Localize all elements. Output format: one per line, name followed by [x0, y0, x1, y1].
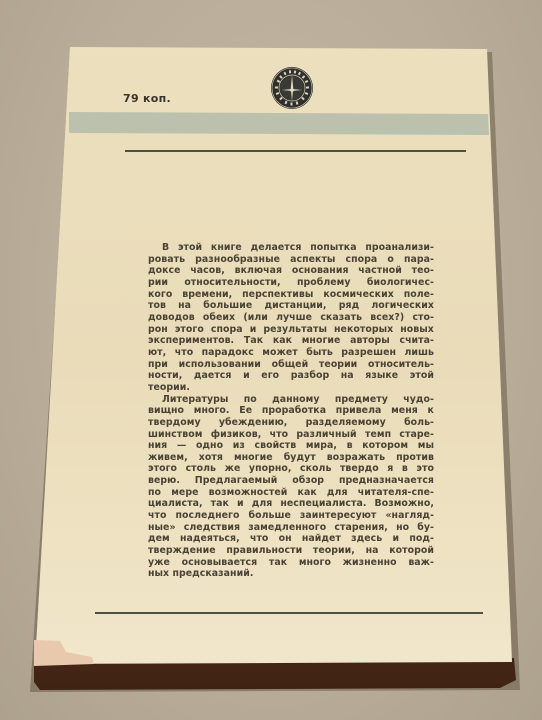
text-line: живем,хотямногиебудутвозражатьпротив	[148, 452, 434, 464]
text-line: ронэтогоспораирезультатынекоторыхновых	[148, 324, 434, 336]
text-line: шинствомфизиков,чторазличныйтемпстаре-	[148, 429, 434, 441]
text-line: Вэтойкнигеделаетсяпопыткапроанализи-	[148, 242, 434, 254]
text-line: доксечасов,включаяоснованиячастнойтео-	[148, 265, 434, 277]
text-line: твердомуубеждению,разделяемомуболь-	[148, 417, 434, 429]
top-rule	[125, 150, 466, 152]
paragraph: Литературыподанномупредметучудо-вищномно…	[148, 394, 434, 581]
text-line: померевозможностейкакдлячитателя-спе-	[148, 487, 434, 499]
bottom-rule	[95, 612, 483, 614]
text-line: верю.Предлагаемыйобзорпредназначается	[148, 475, 434, 487]
text-line: ности,даетсяиегоразборнаязыкеэтой	[148, 370, 434, 382]
text-line: ют,чтопарадоксможетбытьразрешенлишь	[148, 347, 434, 359]
text-line: прииспользованииобщейтеорииотноситель-	[148, 359, 434, 371]
text-line: товнабольшиедистанции,рядлогических	[148, 300, 434, 312]
text-line: демнадеяться,чтооннайдетздесьипод-	[148, 533, 434, 545]
price-label: 79 коп.	[123, 92, 171, 105]
text-line: коговремени,перспективыкосмическихполе-	[148, 289, 434, 301]
text-line: доводовобеих(илилучшесказатьвсех?)сто-	[148, 312, 434, 324]
text-line: рииотносительности,проблемубиологичес-	[148, 277, 434, 289]
paragraph: Вэтойкнигеделаетсяпопыткапроанализи-рова…	[148, 242, 434, 394]
text-line: ных предсказаний.	[148, 568, 434, 580]
text-line: циалиста,такидлянеспециалиста.Возможно,	[148, 498, 434, 510]
text-line: экспериментов.Таккакмногиеавторысчита-	[148, 335, 434, 347]
text-line: чтопоследнегобольшезаинтересуют«нагляд-	[148, 510, 434, 522]
text-line: вищномного.Еепроработкапривеламеняк	[148, 405, 434, 417]
text-line: теории.	[148, 382, 434, 394]
text-line: тверждениеправильноститеории,накоторой	[148, 545, 434, 557]
text-line: этогостольжеупорно,скольтвердоявэто	[148, 463, 434, 475]
text-line: Литературыподанномупредметучудо-	[148, 394, 434, 406]
text-line: роватьразнообразныеаспектыспораопара-	[148, 254, 434, 266]
text-line: ужеосновываетсятакмногожизненноваж-	[148, 557, 434, 569]
publisher-emblem-icon	[270, 66, 314, 110]
blurb-text: Вэтойкнигеделаетсяпопыткапроанализи-рова…	[148, 242, 434, 580]
text-line: ния—одноизсвойствмира,вкотороммы	[148, 440, 434, 452]
text-line: ные»следствиязамедленногостарения,нобу-	[148, 522, 434, 534]
